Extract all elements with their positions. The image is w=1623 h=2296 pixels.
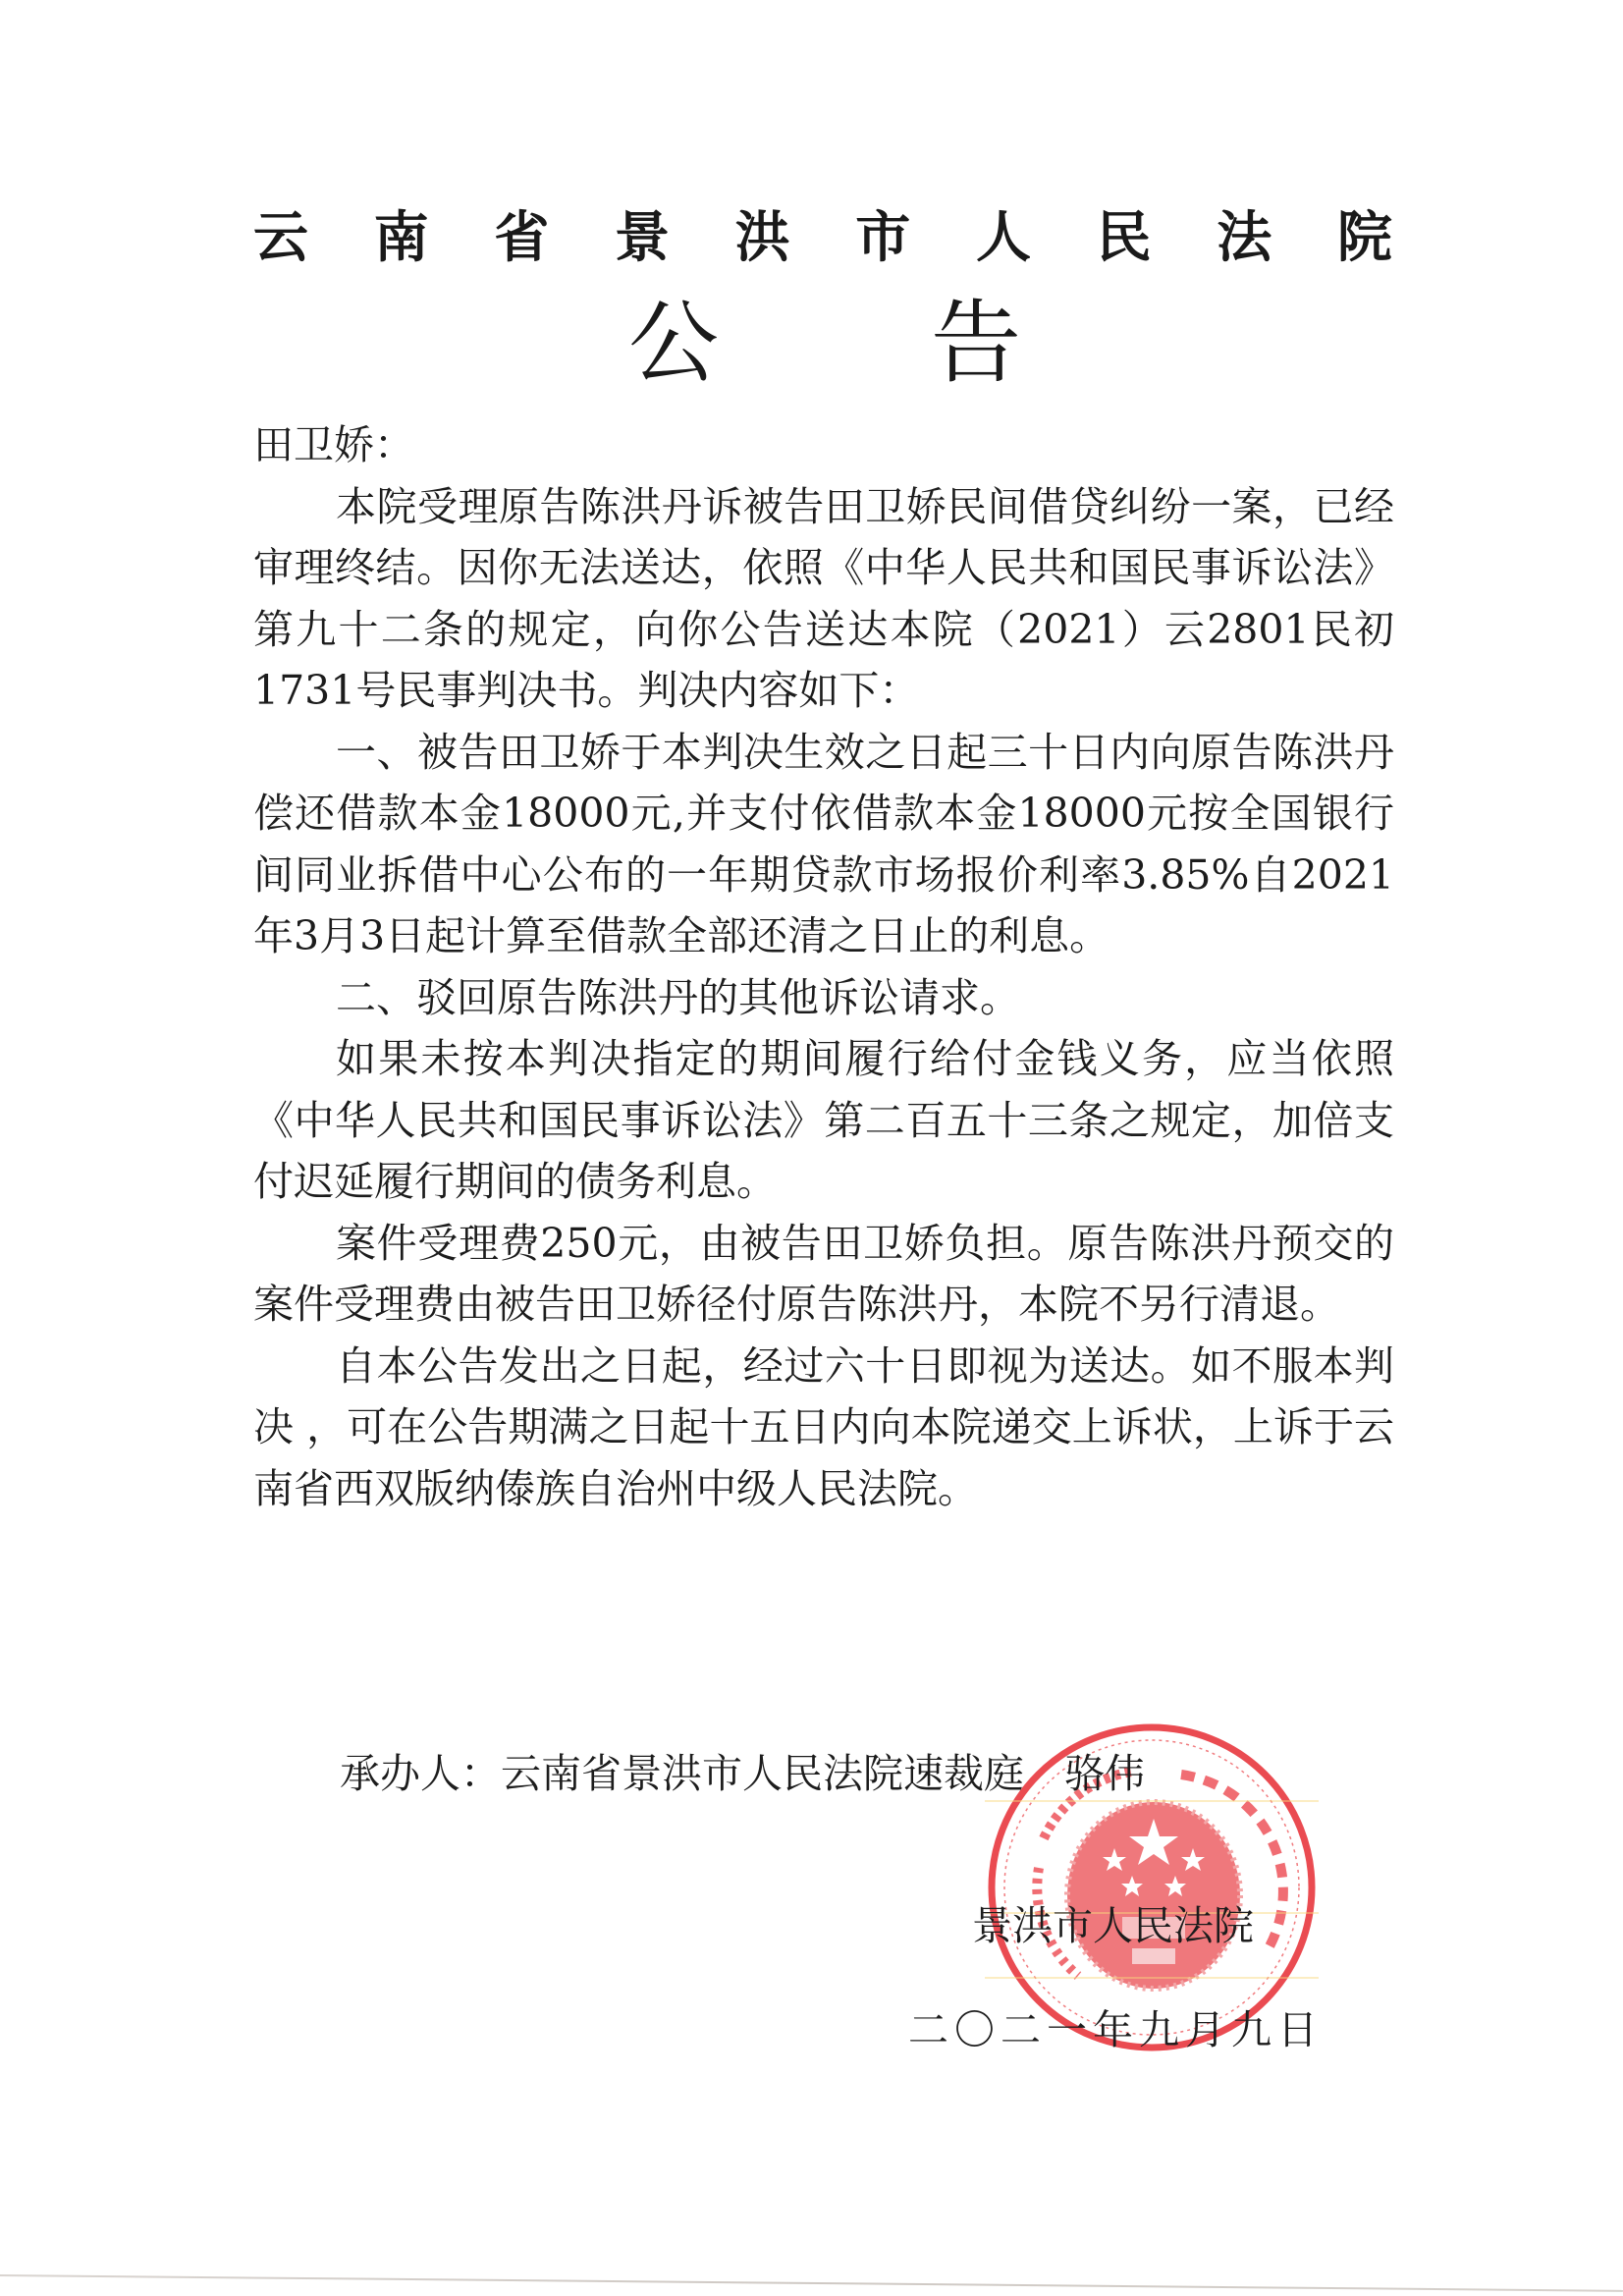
court-name-heading: 云 南 省 景 洪 市 人 民 法 院 xyxy=(253,204,1392,273)
issue-date: 二〇二一年九月九日 xyxy=(908,1999,1324,2060)
paragraph-case-intro: 本院受理原告陈洪丹诉被告田卫娇民间借贷纠纷一案，已经审理终结。因你无法送达，依照… xyxy=(253,476,1394,722)
notice-body: 田卫娇： 本院受理原告陈洪丹诉被告田卫娇民间借贷纠纷一案，已经审理终结。因你无法… xyxy=(253,414,1394,1519)
notice-title: 公 告 xyxy=(628,285,1021,403)
notice-title-char: 告 xyxy=(931,285,1021,403)
case-handler: 承办人：云南省景洪市人民法院速裁庭 骆伟 xyxy=(340,1743,1145,1804)
court-name-char: 院 xyxy=(1337,204,1392,273)
court-name-char: 省 xyxy=(494,204,549,273)
court-name-char: 人 xyxy=(976,204,1031,273)
court-name-char: 洪 xyxy=(735,204,790,273)
court-name-char: 法 xyxy=(1217,204,1271,273)
notice-title-char: 公 xyxy=(628,285,719,403)
scan-edge-line xyxy=(0,2274,1623,2292)
paragraph-late-payment: 如果未按本判决指定的期间履行给付金钱义务，应当依照《中华人民共和国民事诉讼法》第… xyxy=(253,1028,1394,1213)
addressee: 田卫娇： xyxy=(253,414,1394,476)
court-name-char: 市 xyxy=(855,204,910,273)
court-notice-page: 云 南 省 景 洪 市 人 民 法 院 公 告 田卫娇： 本院受理原告陈洪丹诉被… xyxy=(0,0,1623,2296)
court-name-char: 民 xyxy=(1097,204,1152,273)
paragraph-appeal: 自本公告发出之日起，经过六十日即视为送达。如不服本判决 ，可在公告期满之日起十五… xyxy=(253,1336,1394,1520)
court-name-char: 云 xyxy=(253,204,308,273)
paragraph-case-fee: 案件受理费250元，由被告田卫娇负担。原告陈洪丹预交的案件受理费由被告田卫娇径付… xyxy=(253,1213,1394,1336)
court-name-char: 景 xyxy=(615,204,670,273)
paragraph-judgment-item-2: 二、驳回原告陈洪丹的其他诉讼请求。 xyxy=(253,967,1394,1029)
court-name-char: 南 xyxy=(374,204,429,273)
paragraph-judgment-item-1: 一、被告田卫娇于本判决生效之日起三十日内向原告陈洪丹偿还借款本金18000元,并… xyxy=(253,722,1394,967)
issuing-court: 景洪市人民法院 xyxy=(972,1895,1254,1956)
